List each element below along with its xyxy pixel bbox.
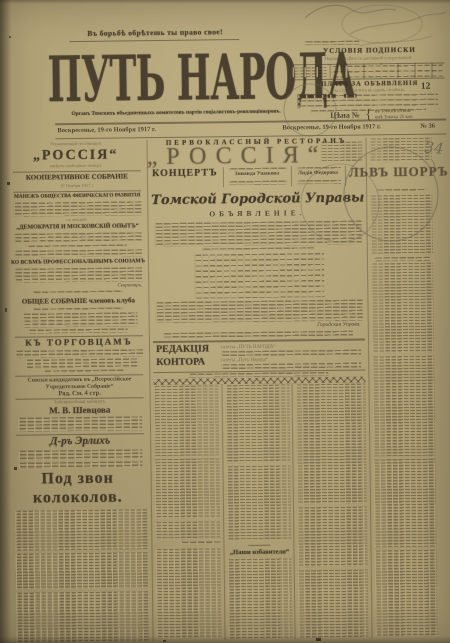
body-text bbox=[369, 138, 431, 163]
text-block bbox=[202, 247, 314, 251]
unions-title: КО ВСѢМЪ ПРОФЕССІОНАЛЬНЫМЪ СОЮЗАМЪ bbox=[8, 259, 148, 267]
lecture-title: „ДЕМОКРАТІЯ И МОСКОВСКІЙ ОПЫТЪ“ bbox=[8, 223, 148, 231]
body-text bbox=[372, 356, 435, 457]
subscription-table-values bbox=[332, 65, 443, 78]
performer-name: Лидія Федорова bbox=[293, 171, 343, 178]
uprava-subheading: ОБЪЯВЛЕНІЕ. bbox=[151, 209, 363, 220]
short-divider bbox=[248, 545, 270, 546]
announcement-text bbox=[155, 300, 362, 324]
dentist-ad-name: М. В. Шевцова bbox=[19, 405, 141, 416]
slogan: Въ борьбѣ обрѣтешь ты право свое! bbox=[69, 28, 241, 38]
office-note: газеты „Путь Народа“ bbox=[221, 358, 268, 364]
signature-line bbox=[180, 541, 220, 544]
text-block bbox=[293, 67, 327, 77]
text-block bbox=[32, 290, 122, 294]
text-block bbox=[18, 461, 142, 469]
club-meeting-title: ОБЩЕЕ СОБРАНІЕ членовъ клуба bbox=[8, 297, 148, 306]
body-text bbox=[228, 558, 293, 639]
article-text bbox=[15, 509, 147, 551]
agenda-list bbox=[23, 312, 138, 327]
printed-page: Въ борьбѣ обрѣтешь ты право свое! ПУТЬ Н… bbox=[0, 0, 450, 643]
merchants-title: КЪ ТОРГОВЦАМЪ bbox=[13, 337, 145, 348]
text-block bbox=[28, 328, 128, 333]
dateline-left: Воскресенье, 19-го Ноября 1917 г. bbox=[57, 126, 156, 134]
hotel-ad-note: имѣетъ свободные номера bbox=[21, 163, 131, 169]
text-block bbox=[43, 369, 123, 373]
text-block bbox=[15, 349, 143, 358]
body-text bbox=[226, 465, 291, 540]
body-text bbox=[370, 195, 433, 256]
organ-line: Органъ Томскихъ объединенныхъ комитетовъ… bbox=[57, 109, 295, 118]
uprava-signature: Городская Управа. bbox=[253, 323, 361, 330]
text-block bbox=[221, 363, 361, 370]
performer-name: Зинаида Ушакова bbox=[225, 171, 289, 178]
text-block bbox=[14, 249, 142, 258]
text-block bbox=[221, 350, 361, 357]
manege-ad-title: МАНЕЖЪ ОБЩЕСТВА ФИЗИЧЕСКАГО РАЗВИТІЯ bbox=[9, 193, 145, 200]
article-text bbox=[16, 591, 149, 643]
unions-signature: Секретарь. bbox=[82, 283, 142, 289]
list-block bbox=[25, 358, 137, 369]
text-block bbox=[33, 307, 123, 311]
announcement-text bbox=[154, 221, 361, 248]
article-text bbox=[16, 552, 148, 590]
lecture-intro: съ лекціей bbox=[41, 218, 111, 224]
text-block bbox=[321, 142, 363, 163]
divider bbox=[291, 166, 292, 186]
text-block bbox=[14, 267, 142, 283]
body-text bbox=[371, 263, 434, 354]
body-text bbox=[298, 569, 369, 638]
uprava-heading: Томской Городской Управы bbox=[151, 192, 363, 209]
concert-title: КОНЦЕРТЪ bbox=[149, 168, 221, 180]
text-block bbox=[163, 331, 353, 339]
meeting-ad-title: КООПЕРАТИВНОЕ СОБРАНІЕ bbox=[9, 173, 145, 182]
body-text bbox=[375, 550, 438, 637]
office-label: КОНТОРА bbox=[156, 357, 205, 368]
hotel-ad-name: „РОССІЯ“ bbox=[16, 147, 136, 164]
divider bbox=[345, 166, 346, 186]
announcement-table bbox=[194, 253, 325, 299]
redaction-label: РЕДАКЦІЯ bbox=[156, 344, 209, 355]
text-block bbox=[297, 180, 341, 185]
text-block bbox=[18, 416, 142, 432]
body-text bbox=[297, 506, 368, 567]
body-text bbox=[155, 521, 220, 540]
text-block bbox=[229, 180, 287, 185]
subscription-note: Подписная цѣна съ доставкой и пересылкой… bbox=[292, 55, 444, 62]
body-text bbox=[153, 385, 219, 456]
dateline-right: Воскресенье, 19-го Ноября 1917 г. bbox=[282, 123, 381, 131]
issue-number: № 36 bbox=[420, 123, 435, 130]
newspaper-scan: Въ борьбѣ обрѣтешь ты право свое! ПУТЬ Н… bbox=[0, 0, 450, 643]
text-block bbox=[14, 232, 142, 244]
body-text bbox=[295, 383, 366, 504]
text-block bbox=[304, 41, 359, 46]
price-in-tomsk: въ Томскѣ 20 коп. bbox=[375, 109, 411, 115]
body-text bbox=[154, 458, 220, 519]
text-block bbox=[18, 449, 142, 461]
body-text bbox=[225, 384, 290, 463]
article-subhead: „Наши избавители“ bbox=[225, 548, 293, 556]
text-block bbox=[376, 189, 426, 193]
article-title-line2: колоколов. bbox=[19, 488, 137, 507]
edition-mark: 12 bbox=[421, 82, 431, 92]
divider bbox=[223, 167, 224, 187]
headliner-name: ЛЬВЪ ШОРРЪ bbox=[349, 164, 449, 179]
body-text bbox=[373, 459, 436, 548]
text-block bbox=[27, 244, 127, 248]
text-block bbox=[374, 257, 430, 262]
meeting-ad-date: 19 Ноября 1917 г. bbox=[21, 183, 133, 189]
article-title-line1: Под звон bbox=[19, 469, 137, 488]
rule bbox=[153, 338, 365, 343]
doctor-ad-name: Д-ръ Эрлихъ bbox=[19, 435, 141, 448]
text-block bbox=[13, 201, 141, 217]
rule bbox=[55, 118, 446, 125]
body-text bbox=[155, 548, 221, 639]
